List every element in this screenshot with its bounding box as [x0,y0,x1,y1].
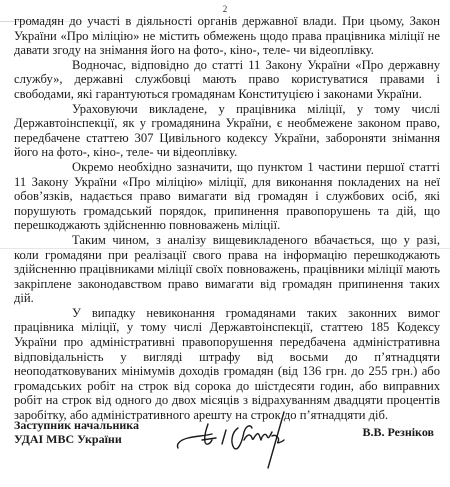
handwritten-signature-icon [172,410,302,470]
letter-body: громадян до участі в діяльності органів … [14,14,440,423]
signatory-title-line2: УДАІ МВС України [14,432,139,446]
paragraph: Таким чином, з аналізу вищевикладеного в… [14,233,440,306]
signatory-name: В.В. Резніков [362,425,434,440]
signature-block: Заступник начальника УДАІ МВС України В.… [14,418,440,468]
paragraph: У випадку невиконання громадянами таких … [14,306,440,423]
paragraph: Ураховуючи викладене, у працівника міліц… [14,102,440,160]
signatory-title: Заступник начальника УДАІ МВС України [14,418,139,446]
paragraph: Водночас, відповідно до статті 11 Закону… [14,58,440,102]
page-number: 2 [0,4,450,14]
signatory-title-line1: Заступник начальника [14,418,139,432]
paragraph: громадян до участі в діяльності органів … [14,14,440,58]
paragraph: Окремо необхідно зазначити, що пунктом 1… [14,160,440,233]
